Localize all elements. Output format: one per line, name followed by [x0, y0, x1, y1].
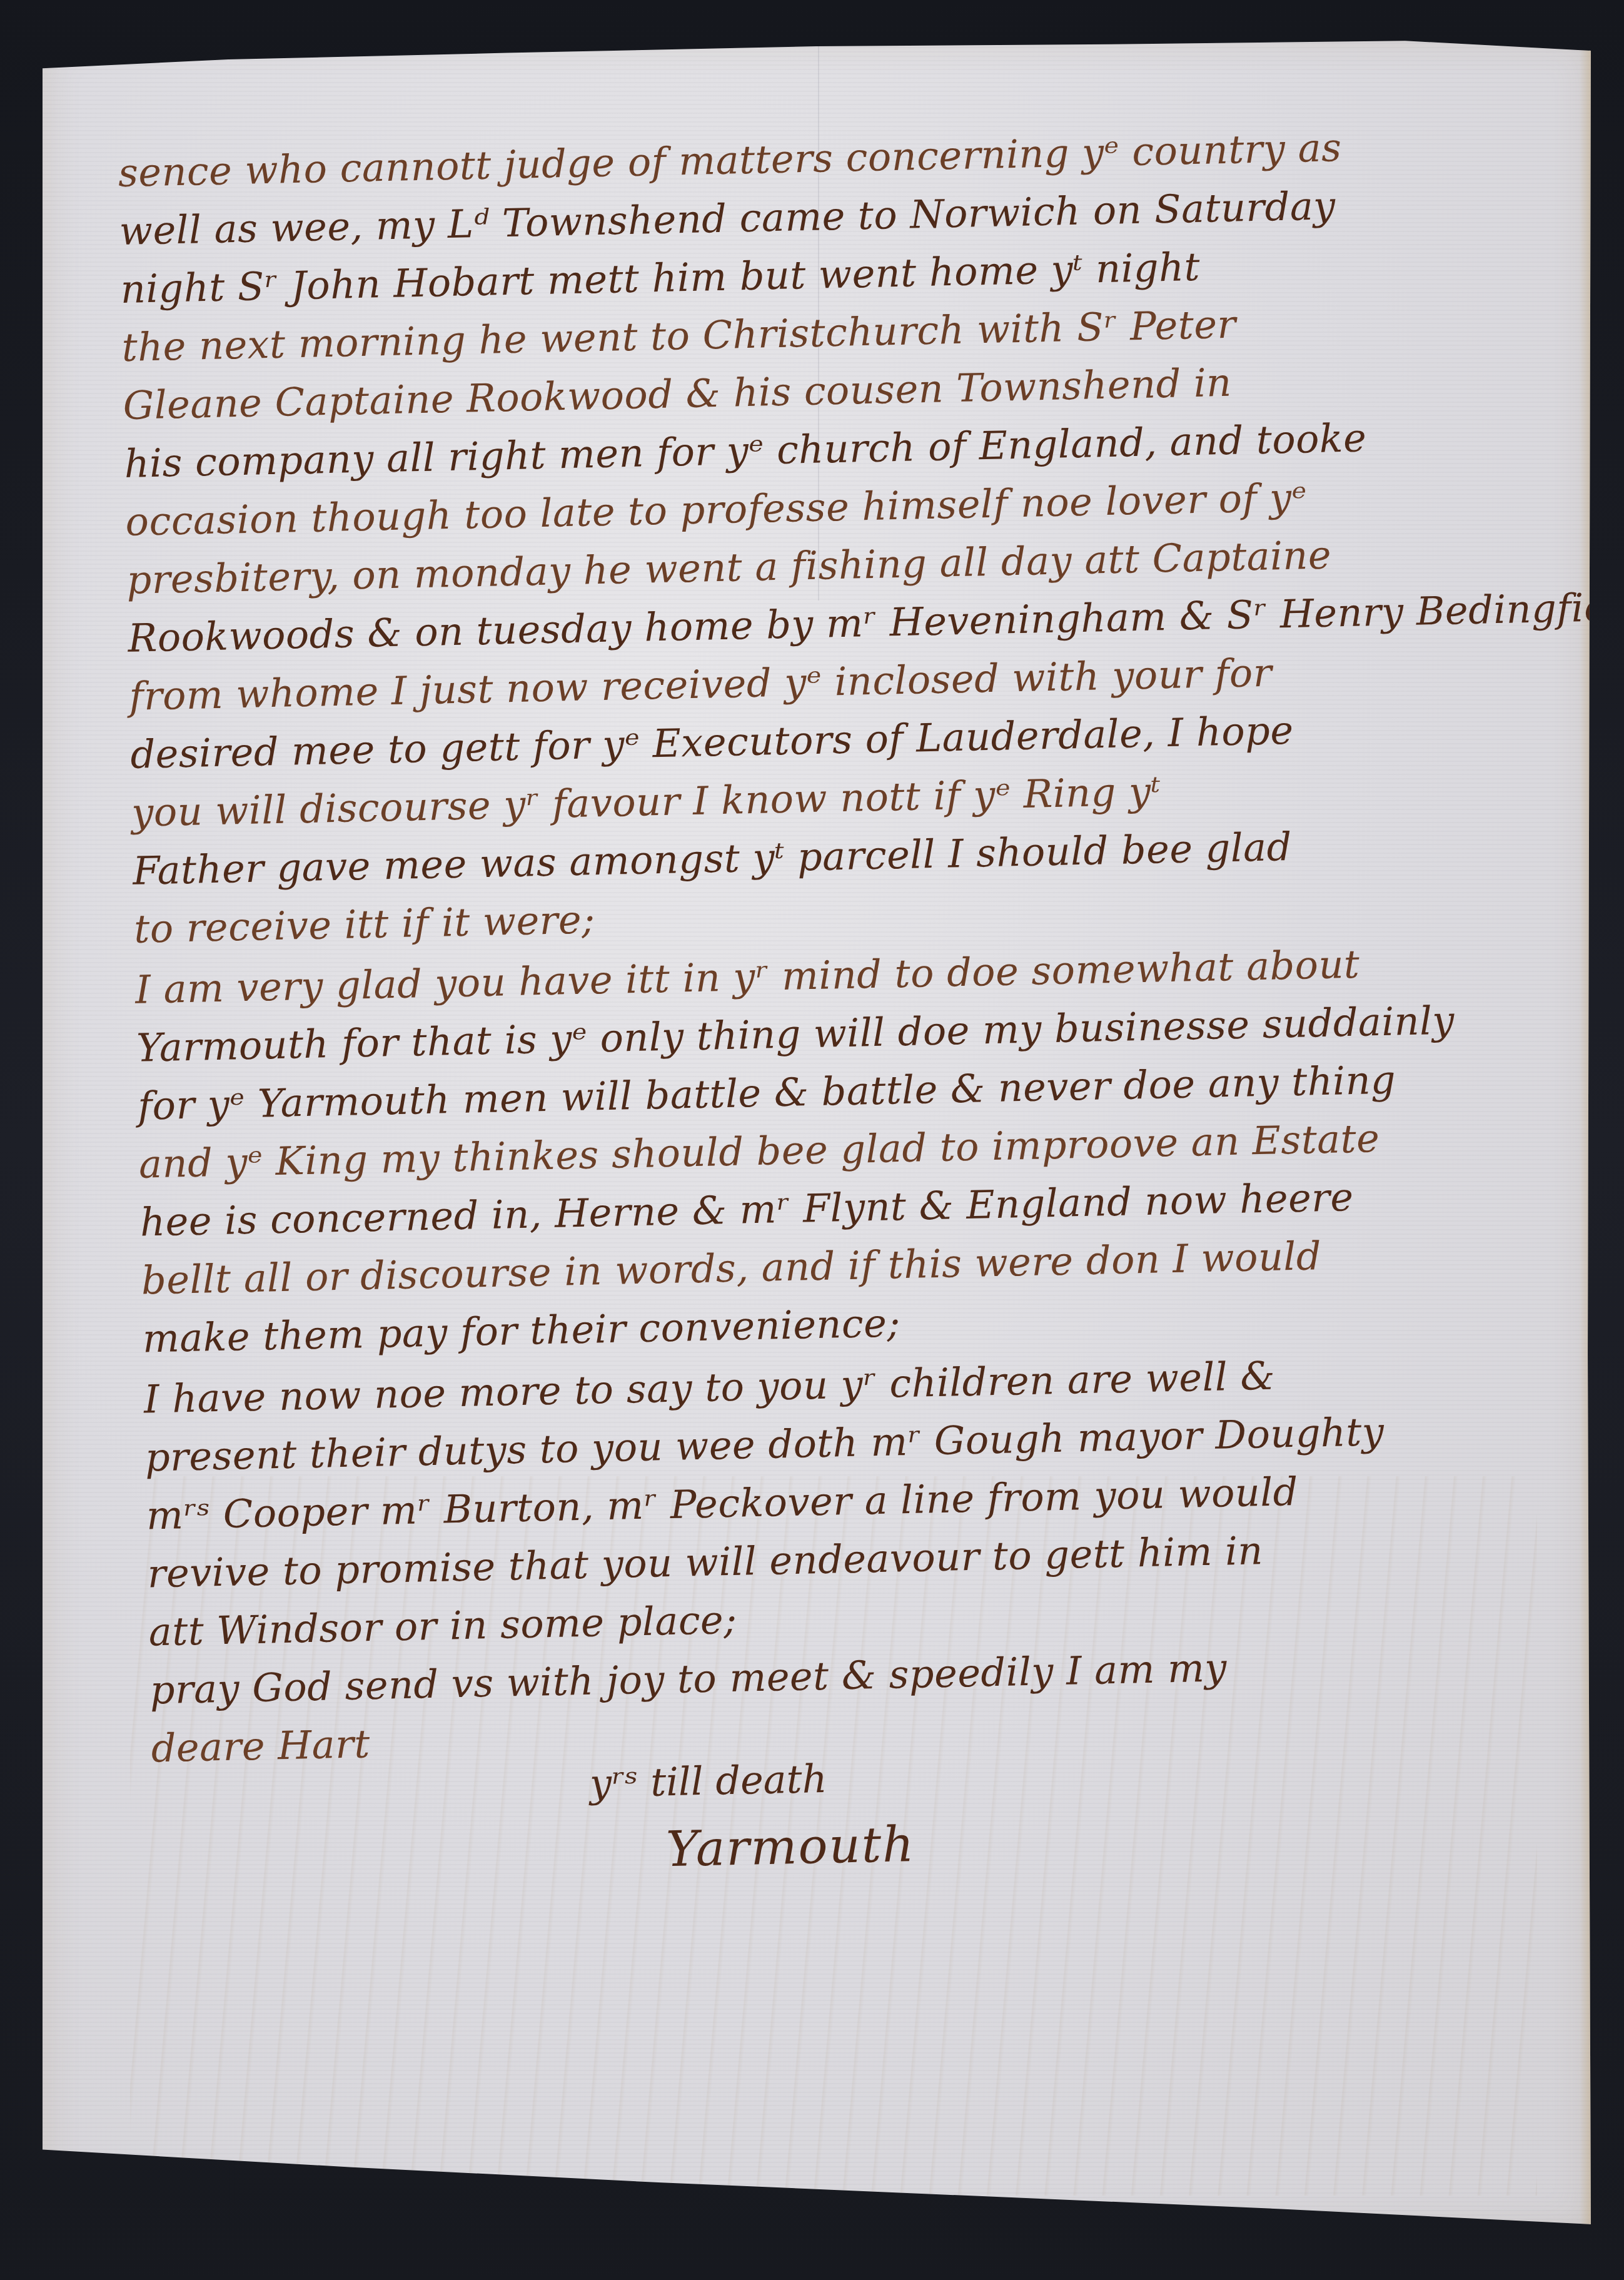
closing-phrase: yʳˢ till death: [589, 1756, 827, 1806]
signature: Yarmouth: [665, 1816, 915, 1878]
letter-body: sence who cannott judge of matters conce…: [118, 113, 1615, 1777]
manuscript-page: sence who cannott judge of matters conce…: [43, 38, 1591, 2233]
